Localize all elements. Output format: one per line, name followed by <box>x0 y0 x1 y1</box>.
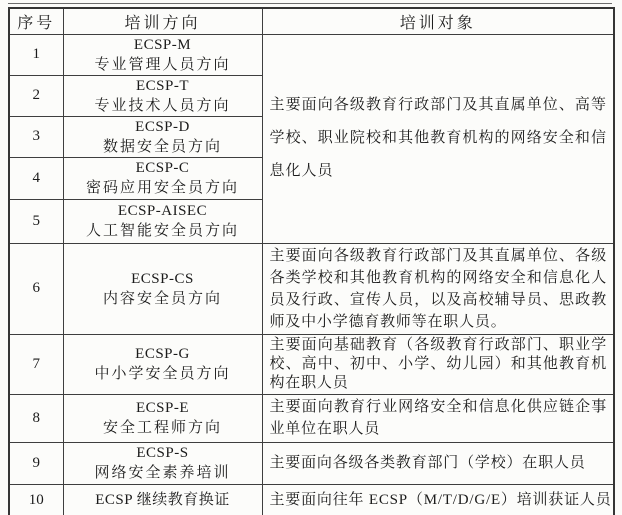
row-number-cell: 6 <box>9 243 63 334</box>
direction-code: ECSP-G <box>64 344 262 364</box>
direction-code: ECSP-E <box>64 398 262 418</box>
scan-top-line <box>8 3 612 4</box>
direction-code: ECSP-D <box>64 117 262 137</box>
direction-name: 内容安全员方向 <box>64 289 262 309</box>
row-number-cell: 5 <box>9 199 63 243</box>
direction-cell: ECSP-M 专业管理人员方向 <box>63 34 262 75</box>
direction-code: ECSP-S <box>64 443 262 463</box>
table-row-7: 7 ECSP-G 中小学安全员方向 主要面向基础教育（各级教育行政部门、职业学校… <box>9 334 614 394</box>
direction-cell: ECSP-C 密码应用安全员方向 <box>63 157 262 199</box>
target-cell: 主要面向基础教育（各级教育行政部门、职业学校、高中、初中、小学、幼儿园）和其他教… <box>262 334 614 394</box>
row-number-cell: 3 <box>9 116 63 157</box>
table-header-row: 序号 培训方向 培训对象 <box>9 8 614 34</box>
row-number-cell: 4 <box>9 157 63 199</box>
header-training-direction: 培训方向 <box>63 8 262 34</box>
direction-name: 安全工程师方向 <box>64 418 262 438</box>
row-number-cell: 2 <box>9 75 63 116</box>
row-number-cell: 10 <box>9 484 63 515</box>
direction-name: 人工智能安全员方向 <box>64 221 262 241</box>
direction-code: ECSP-AISEC <box>64 201 262 221</box>
direction-name: 专业管理人员方向 <box>64 55 262 75</box>
table-row-9: 9 ECSP-S 网络安全素养培训 主要面向各级各类教育部门（学校）在职人员 <box>9 442 614 484</box>
direction-code: ECSP-CS <box>64 269 262 289</box>
direction-cell: ECSP-S 网络安全素养培训 <box>63 442 262 484</box>
direction-cell: ECSP-AISEC 人工智能安全员方向 <box>63 199 262 243</box>
row-number-cell: 8 <box>9 394 63 442</box>
target-cell: 主要面向教育行业网络安全和信息化供应链企事业单位在职人员 <box>262 394 614 442</box>
direction-name: 专业技术人员方向 <box>64 96 262 116</box>
direction-name: 网络安全素养培训 <box>64 463 262 483</box>
table-row-6: 6 ECSP-CS 内容安全员方向 主要面向各级教育行政部门及其直属单位、各级各… <box>9 243 614 334</box>
row-number-cell: 7 <box>9 334 63 394</box>
target-cell: 主要面向往年 ECSP（M/T/D/G/E）培训获证人员 <box>262 484 614 515</box>
direction-cell: ECSP 继续教育换证 <box>63 484 262 515</box>
direction-cell: ECSP-T 专业技术人员方向 <box>63 75 262 116</box>
document-page: 序号 培训方向 培训对象 1 ECSP-M 专业管理人员方向 主要面向各级教育行… <box>0 0 622 515</box>
direction-code: ECSP-M <box>64 35 262 55</box>
header-training-target: 培训对象 <box>262 8 614 34</box>
direction-code: ECSP 继续教育换证 <box>64 490 262 510</box>
direction-cell: ECSP-G 中小学安全员方向 <box>63 334 262 394</box>
header-serial-number: 序号 <box>9 8 63 34</box>
direction-code: ECSP-C <box>64 158 262 178</box>
row-number-cell: 9 <box>9 442 63 484</box>
direction-name: 数据安全员方向 <box>64 137 262 157</box>
direction-name: 密码应用安全员方向 <box>64 178 262 198</box>
table-row-8: 8 ECSP-E 安全工程师方向 主要面向教育行业网络安全和信息化供应链企事业单… <box>9 394 614 442</box>
target-cell: 主要面向各级各类教育部门（学校）在职人员 <box>262 442 614 484</box>
direction-cell: ECSP-E 安全工程师方向 <box>63 394 262 442</box>
row-number-cell: 1 <box>9 34 63 75</box>
training-directions-table: 序号 培训方向 培训对象 1 ECSP-M 专业管理人员方向 主要面向各级教育行… <box>8 7 615 515</box>
direction-cell: ECSP-CS 内容安全员方向 <box>63 243 262 334</box>
target-cell: 主要面向各级教育行政部门及其直属单位、各级各类学校和其他教育机构的网络安全和信息… <box>262 243 614 334</box>
table-row-10: 10 ECSP 继续教育换证 主要面向往年 ECSP（M/T/D/G/E）培训获… <box>9 484 614 515</box>
direction-cell: ECSP-D 数据安全员方向 <box>63 116 262 157</box>
target-cell-merged-rows-1-5: 主要面向各级教育行政部门及其直属单位、高等学校、职业院校和其他教育机构的网络安全… <box>262 34 614 243</box>
table-row-1: 1 ECSP-M 专业管理人员方向 主要面向各级教育行政部门及其直属单位、高等学… <box>9 34 614 75</box>
direction-code: ECSP-T <box>64 76 262 96</box>
direction-name: 中小学安全员方向 <box>64 364 262 384</box>
